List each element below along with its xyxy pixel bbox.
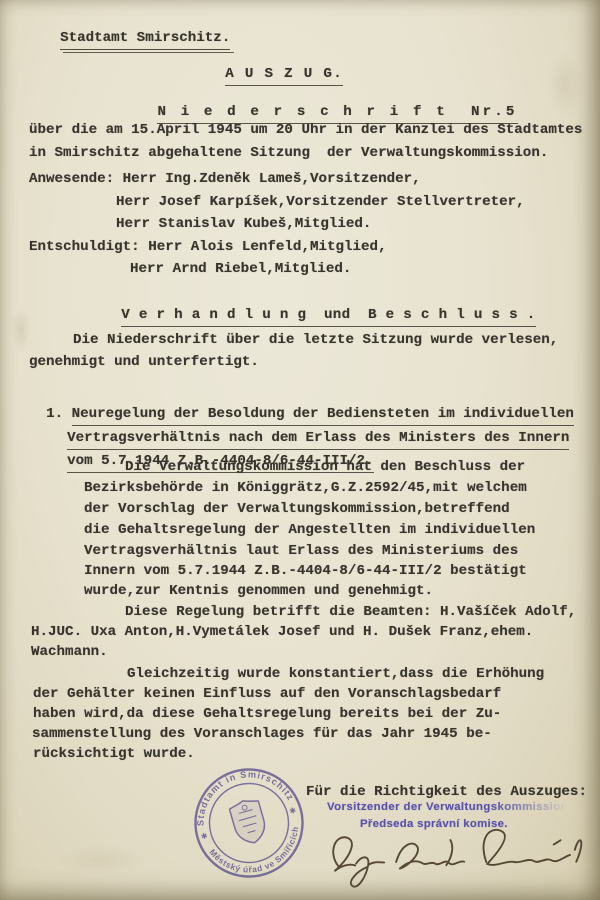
attendees-line: Herr Josef Karpíšek,Vorsitzender Stellve…: [116, 193, 525, 211]
minutes-line: genehmigt und unterfertigt.: [29, 353, 259, 371]
body-line: Gleichzeitig wurde konstantiert,dass die…: [127, 665, 544, 683]
body-line: haben wird,da diese Gehaltsregelung bere…: [33, 705, 501, 723]
body-line: der Vorschlag der Verwaltungskommission,…: [84, 500, 510, 518]
seal-separator-left: ✱: [200, 831, 209, 842]
body-line: Diese Regelung betrifft die Beamten: H.V…: [125, 603, 576, 621]
paper-stain: [8, 300, 34, 360]
paper-stain: [40, 840, 160, 880]
body-line: rücksichtigt wurde.: [33, 745, 195, 763]
paper-stain: [540, 40, 590, 130]
seal-coat-of-arms: [228, 797, 269, 847]
intro-line: über die am 15.April 1945 um 20 Uhr in d…: [29, 121, 582, 139]
office-seal-stamp: Stadtamt in Smirschitz Městský úřad ve S…: [190, 764, 308, 882]
attendees-line: Herr Stanislav Kubeš,Mitglied.: [116, 215, 371, 233]
signature: [318, 820, 590, 895]
body-line: H.JUC. Uxa Anton,H.Vymetálek Josef und H…: [31, 623, 533, 641]
scanned-document-page: Stadtamt Smirschitz. A U S Z U G. N i e …: [0, 0, 600, 900]
seal-separator-right: ✱: [288, 806, 297, 817]
body-line: Wachmann.: [31, 643, 108, 661]
body-line: Die Verwaltungskommission hat den Beschl…: [125, 458, 525, 476]
body-line: sammenstellung des Voranschlages für das…: [32, 725, 492, 743]
body-line: Innern vom 5.7.1944 Z.B.-4404-8/6-44-III…: [84, 562, 527, 580]
intro-line: in Smirschitz abgehaltene Sitzung der Ve…: [29, 144, 548, 162]
body-line: Bezirksbehörde in Königgrätz,G.Z.2592/45…: [84, 479, 527, 497]
certify-line: Für die Richtigkeit des Auszuges:: [306, 783, 587, 801]
excused-line: Entschuldigt: Herr Alois Lenfeld,Mitglie…: [29, 238, 387, 256]
body-line: Vertragsverhältnis laut Erlass des Minis…: [84, 542, 518, 560]
attendees-line: Anwesende: Herr Ing.Zdeněk Lameš,Vorsitz…: [29, 170, 421, 188]
minutes-line: Die Niederschrift über die letzte Sitzun…: [73, 331, 558, 349]
body-line: der Gehälter keinen Einfluss auf den Vor…: [33, 685, 501, 703]
body-line: die Gehaltsregelung der Angestellten im …: [84, 521, 535, 539]
role-stamp-de: Vorsitzender der Verwaltungskommission: [327, 801, 568, 813]
excused-line: Herr Arnd Riebel,Mitglied.: [130, 260, 351, 278]
body-line: wurde,zur Kentnis genommen und genehmigt…: [84, 582, 433, 600]
